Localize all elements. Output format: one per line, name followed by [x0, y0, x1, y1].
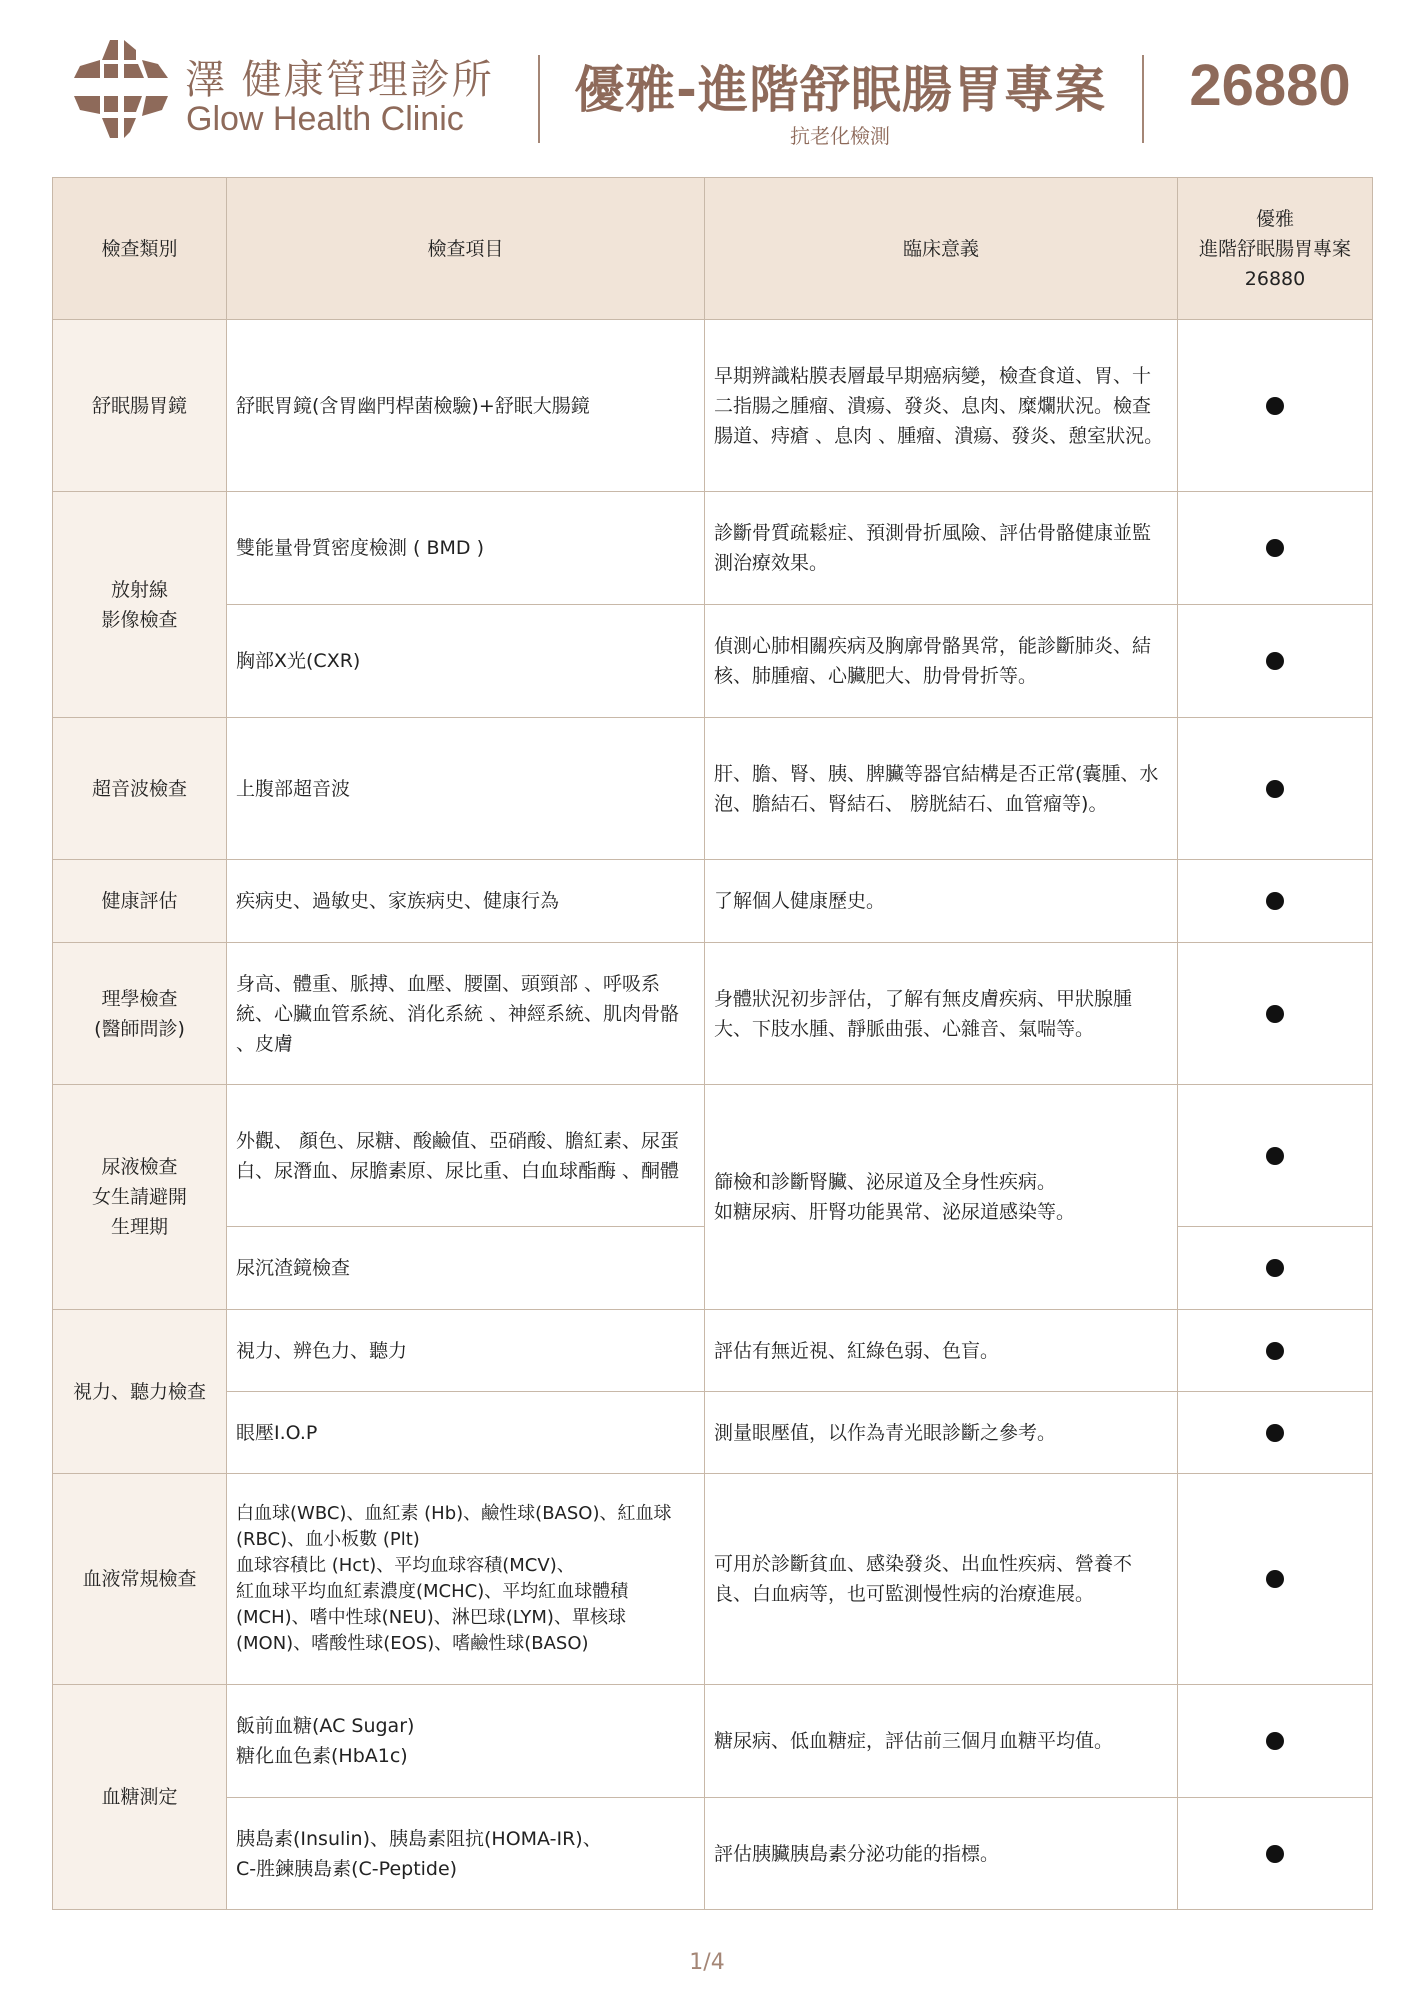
included-dot-icon — [1266, 1147, 1284, 1165]
clinical-meaning: 早期辨識粘膜表層最早期癌病變，檢查食道、胃、十二指腸之腫瘤、潰瘍、發炎、息肉、糜… — [704, 319, 1178, 492]
clinical-meaning: 評估有無近視、紅綠色弱、色盲。 — [704, 1309, 1178, 1392]
included-cell — [1177, 1391, 1373, 1474]
included-cell — [1177, 319, 1373, 492]
clinical-meaning: 診斷骨質疏鬆症、預測骨折風險、評估骨骼健康並監測治療效果。 — [704, 491, 1178, 605]
included-cell — [1177, 1084, 1373, 1227]
included-cell — [1177, 1797, 1373, 1910]
exam-item: 白血球(WBC)、血紅素 (Hb)、鹼性球(BASO)、紅血球(RBC)、血小板… — [226, 1473, 705, 1685]
header-divider — [1142, 55, 1144, 143]
included-dot-icon — [1266, 1424, 1284, 1442]
included-dot-icon — [1266, 1845, 1284, 1863]
plan-subtitle: 抗老化檢測 — [570, 120, 1110, 149]
exam-table: 檢查類別 檢查項目 臨床意義 優雅 進階舒眠腸胃專案 26880 舒眠腸胃鏡 放… — [52, 177, 1373, 1910]
column-header-meaning: 臨床意義 — [704, 177, 1178, 320]
exam-item: 疾病史、過敏史、家族病史、健康行為 — [226, 859, 705, 943]
exam-item: 視力、辨色力、聽力 — [226, 1309, 705, 1392]
clinical-meaning: 篩檢和診斷腎臟、泌尿道及全身性疾病。 如糖尿病、肝腎功能異常、泌尿道感染等。 — [704, 1084, 1178, 1310]
included-cell — [1177, 942, 1373, 1085]
category-radiology: 放射線 影像檢查 — [52, 491, 227, 718]
clinical-meaning: 糖尿病、低血糖症，評估前三個月血糖平均值。 — [704, 1684, 1178, 1798]
exam-item: 身高、體重、脈搏、血壓、腰圍、頭頸部 、呼吸系統、心臟血管系統、消化系統 、神經… — [226, 942, 705, 1085]
category-health-assessment: 健康評估 — [52, 859, 227, 943]
category-gi-endoscopy: 舒眠腸胃鏡 — [52, 319, 227, 492]
included-dot-icon — [1266, 652, 1284, 670]
exam-item: 胰島素(Insulin)、胰島素阻抗(HOMA-IR)、 C-胜鍊胰島素(C-P… — [226, 1797, 705, 1910]
category-ultrasound: 超音波檢查 — [52, 717, 227, 860]
document-header: 澤 健康管理診所 Glow Health Clinic 優雅-進階舒眠腸胃專案 … — [0, 0, 1414, 170]
column-header-item: 檢查項目 — [226, 177, 705, 320]
exam-item: 外觀、 顏色、尿糖、酸鹼值、亞硝酸、膽紅素、尿蛋白、尿潛血、尿膽素原、尿比重、白… — [226, 1084, 705, 1227]
included-dot-icon — [1266, 1570, 1284, 1588]
included-dot-icon — [1266, 780, 1284, 798]
clinic-name-en: Glow Health Clinic — [186, 100, 464, 139]
clinical-meaning: 測量眼壓值，以作為青光眼診斷之參考。 — [704, 1391, 1178, 1474]
category-physical-exam: 理學檢查 (醫師問診) — [52, 942, 227, 1085]
included-cell — [1177, 1684, 1373, 1798]
included-dot-icon — [1266, 539, 1284, 557]
category-cbc: 血液常規檢查 — [52, 1473, 227, 1685]
included-dot-icon — [1266, 397, 1284, 415]
included-cell — [1177, 491, 1373, 605]
included-cell — [1177, 859, 1373, 943]
exam-item: 上腹部超音波 — [226, 717, 705, 860]
clinic-name-zh: 澤 健康管理診所 — [185, 48, 494, 105]
clinical-meaning: 了解個人健康歷史。 — [704, 859, 1178, 943]
category-blood-sugar: 血糖測定 — [52, 1684, 227, 1910]
header-divider — [538, 55, 540, 143]
exam-item: 尿沉渣鏡檢查 — [226, 1226, 705, 1310]
column-header-category: 檢查類別 — [52, 177, 227, 320]
category-urinalysis: 尿液檢查 女生請避開 生理期 — [52, 1084, 227, 1310]
clinical-meaning: 肝、膽、腎、胰、脾臟等器官結構是否正常(囊腫、水泡、膽結石、腎結石、 膀胱結石、… — [704, 717, 1178, 860]
included-dot-icon — [1266, 892, 1284, 910]
clinical-meaning: 偵測心肺相關疾病及胸廓骨骼異常，能診斷肺炎、結核、肺腫瘤、心臟肥大、肋骨骨折等。 — [704, 604, 1178, 718]
included-dot-icon — [1266, 1005, 1284, 1023]
page-number: 1/4 — [0, 1950, 1414, 1975]
exam-item: 眼壓I.O.P — [226, 1391, 705, 1474]
clinical-meaning: 身體狀況初步評估，了解有無皮膚疾病、甲狀腺腫大、下肢水腫、靜脈曲張、心雜音、氣喘… — [704, 942, 1178, 1085]
included-dot-icon — [1266, 1342, 1284, 1360]
exam-item: 胸部X光(CXR) — [226, 604, 705, 718]
clinic-logo-icon — [72, 40, 170, 140]
included-dot-icon — [1266, 1732, 1284, 1750]
included-cell — [1177, 1226, 1373, 1310]
included-cell — [1177, 604, 1373, 718]
exam-item: 雙能量骨質密度檢測 ( BMD ) — [226, 491, 705, 605]
included-dot-icon — [1266, 1259, 1284, 1277]
included-cell — [1177, 1473, 1373, 1685]
exam-item: 舒眠胃鏡(含胃幽門桿菌檢驗)+舒眠大腸鏡 — [226, 319, 705, 492]
exam-item: 飯前血糖(AC Sugar) 糖化血色素(HbA1c) — [226, 1684, 705, 1798]
category-vision-hearing: 視力、聽力檢查 — [52, 1309, 227, 1474]
plan-title: 優雅-進階舒眠腸胃專案 — [570, 50, 1110, 122]
clinical-meaning: 評估胰臟胰島素分泌功能的指標。 — [704, 1797, 1178, 1910]
plan-price: 26880 — [1160, 52, 1380, 119]
included-cell — [1177, 717, 1373, 860]
column-header-plan: 優雅 進階舒眠腸胃專案 26880 — [1177, 177, 1373, 320]
clinical-meaning: 可用於診斷貧血、感染發炎、出血性疾病、營養不良、白血病等，也可監測慢性病的治療進… — [704, 1473, 1178, 1685]
included-cell — [1177, 1309, 1373, 1392]
